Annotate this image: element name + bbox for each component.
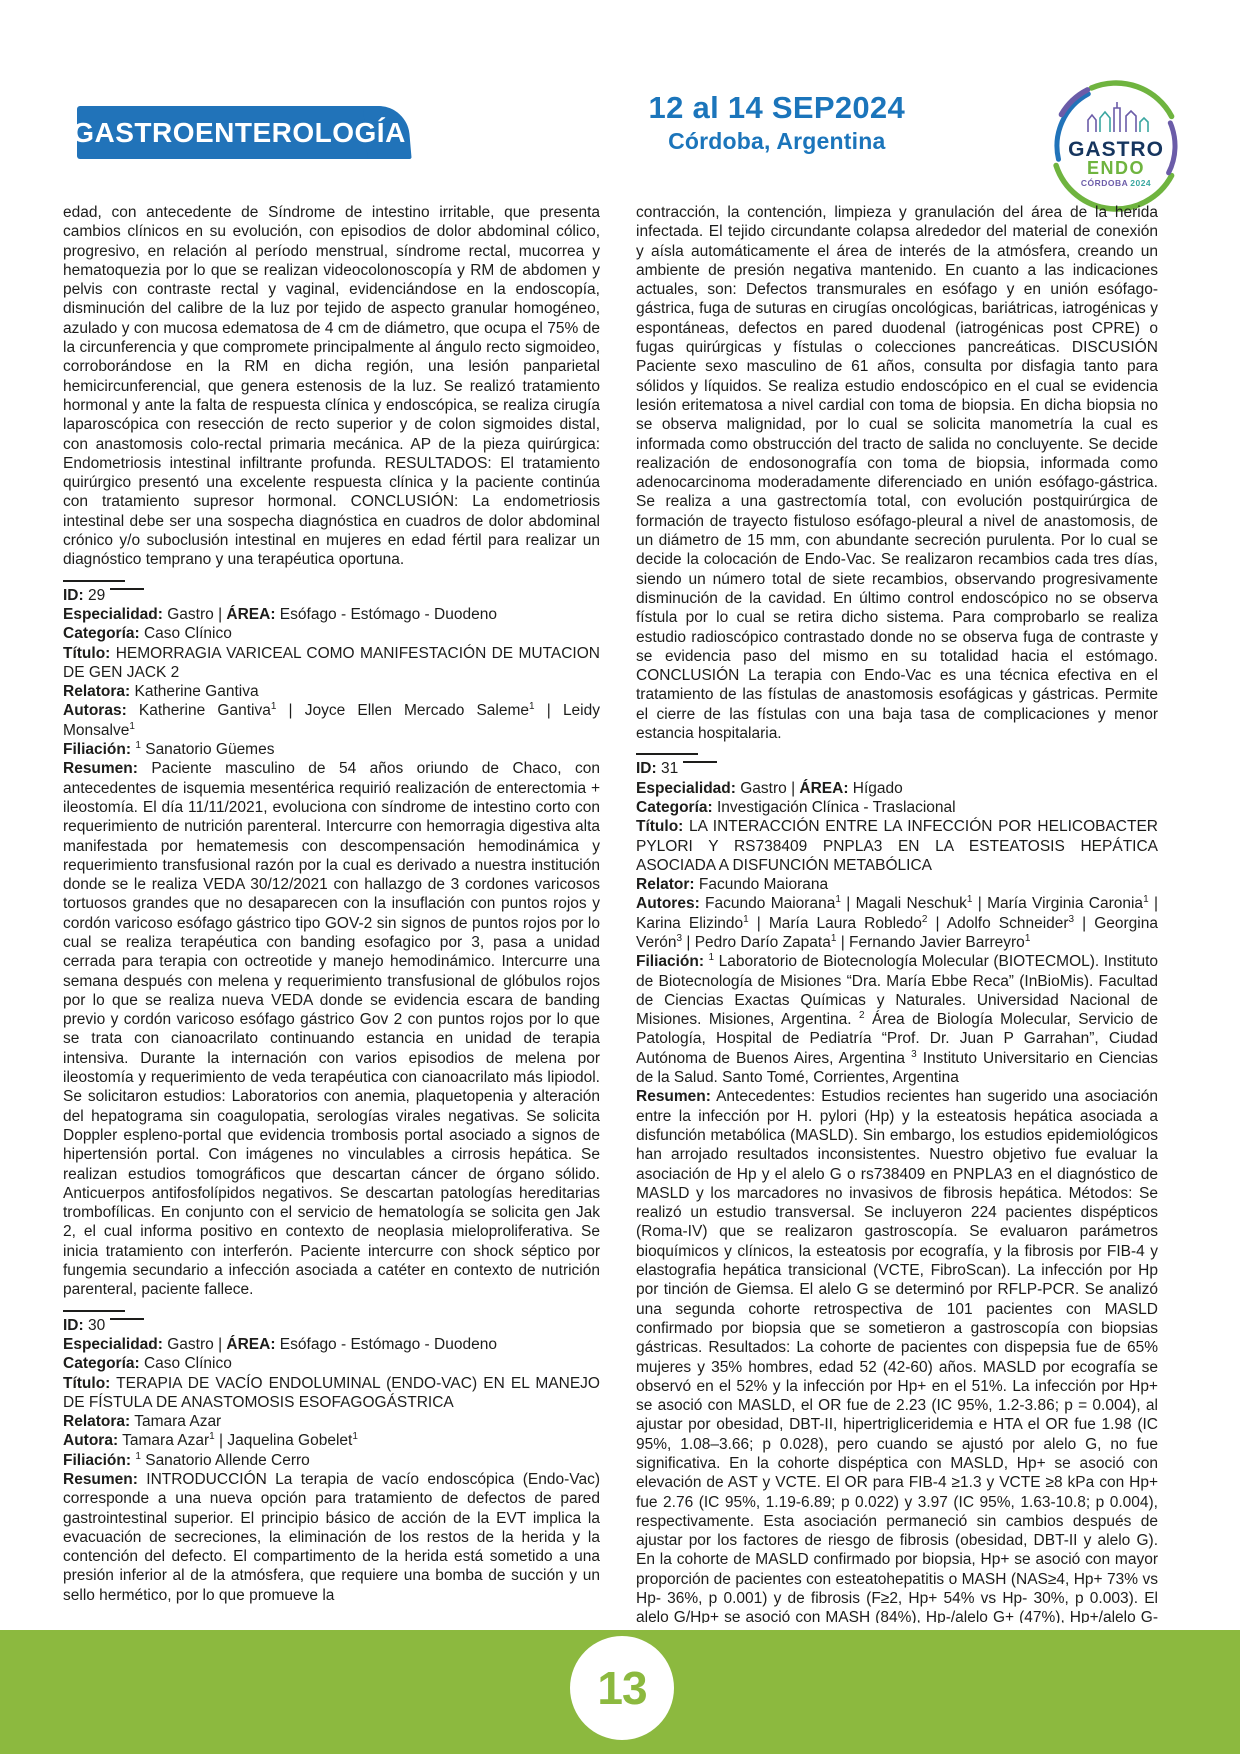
autores-line: Autora: Tamara Azar1 | Jaquelina Gobelet…	[63, 1431, 600, 1450]
separator-line	[63, 580, 125, 582]
id-line: ID: 29	[63, 586, 600, 605]
continuation-paragraph: contracción, la contención, limpieza y g…	[636, 203, 1158, 743]
page-number: 13	[597, 1661, 646, 1715]
categoria-line: Categoría: Caso Clínico	[63, 624, 600, 643]
filiacion-line: Filiación: 1 Laboratorio de Biotecnologí…	[636, 952, 1158, 1087]
event-date-block: 12 al 14 SEP2024 Córdoba, Argentina	[649, 90, 905, 154]
event-date: 12 al 14 SEP2024	[649, 90, 905, 126]
categoria-line: Categoría: Investigación Clínica - Trasl…	[636, 798, 1158, 817]
filiacion-line: Filiación: 1 Sanatorio Güemes	[63, 740, 600, 759]
especialidad-line: Especialidad: Gastro | ÁREA: Esófago - E…	[63, 605, 600, 624]
resumen-paragraph: Resumen: INTRODUCCIÓN La terapia de vací…	[63, 1470, 600, 1605]
autores-line: Autores: Facundo Maiorana1 | Magali Nesc…	[636, 894, 1158, 952]
filiacion-line: Filiación: 1 Sanatorio Allende Cerro	[63, 1451, 600, 1470]
titulo-line: Título: HEMORRAGIA VARICEAL COMO MANIFES…	[63, 644, 600, 683]
especialidad-line: Especialidad: Gastro | ÁREA: Esófago - E…	[63, 1335, 600, 1354]
abstract-book-page: GASTROENTEROLOGÍA 12 al 14 SEP2024 Córdo…	[0, 0, 1240, 1754]
categoria-line: Categoría: Caso Clínico	[63, 1354, 600, 1373]
id-line: ID: 31	[636, 759, 1158, 778]
right-column: contracción, la contención, limpieza y g…	[636, 203, 1158, 1623]
section-title: GASTROENTEROLOGÍA	[64, 117, 406, 149]
separator-line	[636, 753, 698, 755]
autores-line: Autoras: Katherine Gantiva1 | Joyce Elle…	[63, 701, 600, 740]
continuation-paragraph: edad, con antecedente de Síndrome de int…	[63, 203, 600, 570]
section-banner: GASTROENTEROLOGÍA	[77, 106, 393, 159]
resumen-paragraph: Resumen: Antecedentes: Estudios reciente…	[636, 1087, 1158, 1623]
relator-line: Relator: Facundo Maiorana	[636, 875, 1158, 894]
titulo-line: Título: TERAPIA DE VACÍO ENDOLUMINAL (EN…	[63, 1374, 600, 1413]
id-line: ID: 30	[63, 1316, 600, 1335]
congress-logo-icon: GASTRO ENDO CÓRDOBA2024	[1046, 74, 1186, 214]
logo-cordoba-text: CÓRDOBA2024	[1081, 177, 1151, 188]
relator-line: Relatora: Katherine Gantiva	[63, 682, 600, 701]
titulo-line: Título: LA INTERACCIÓN ENTRE LA INFECCIÓ…	[636, 817, 1158, 875]
skyline-icon	[1088, 102, 1148, 132]
page-number-circle: 13	[570, 1636, 674, 1740]
resumen-paragraph: Resumen: Paciente masculino de 54 años o…	[63, 759, 600, 1299]
event-location: Córdoba, Argentina	[649, 128, 905, 154]
relator-line: Relatora: Tamara Azar	[63, 1412, 600, 1431]
especialidad-line: Especialidad: Gastro | ÁREA: Hígado	[636, 779, 1158, 798]
logo-endo-text: ENDO	[1087, 158, 1145, 178]
left-column: edad, con antecedente de Síndrome de int…	[63, 203, 600, 1623]
separator-line	[63, 1310, 125, 1312]
